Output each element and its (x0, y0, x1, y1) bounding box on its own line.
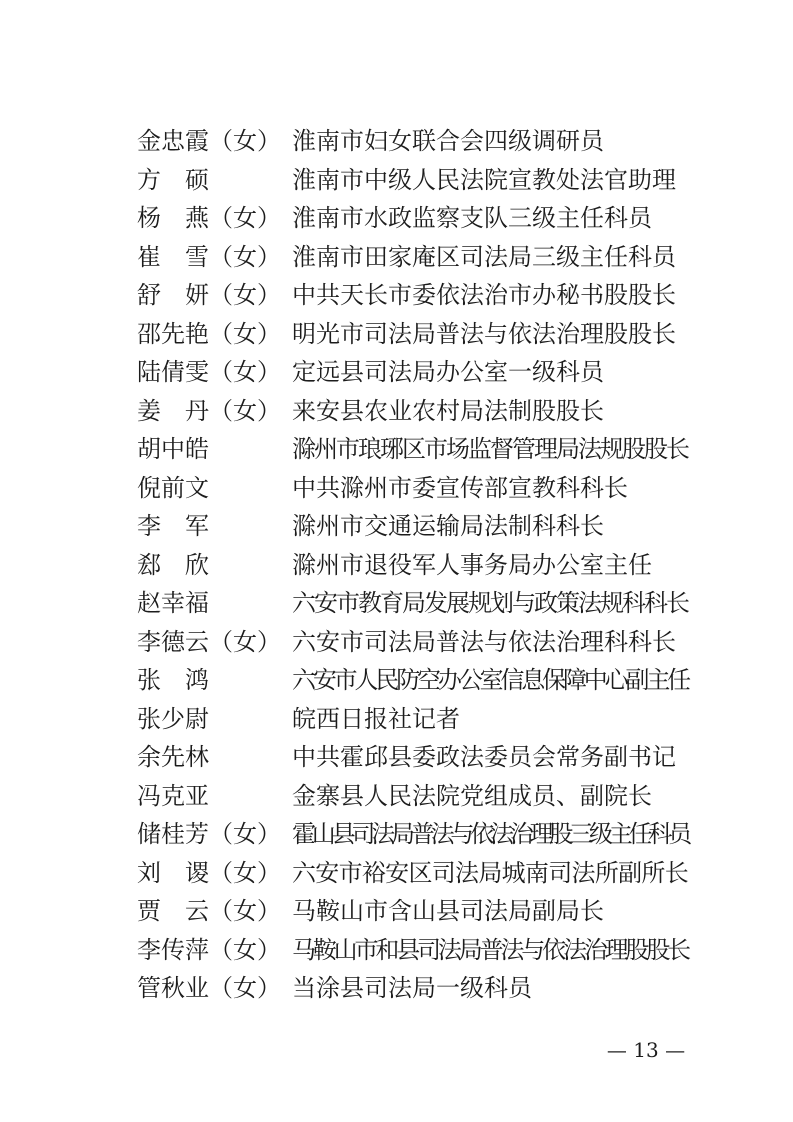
list-row: 刘 谡（女） 六安市裕安区司法局城南司法所副所长 (137, 854, 697, 893)
person-name: 崔 雪（女） (137, 245, 292, 269)
list-row: 杨 燕（女） 淮南市水政监察支队三级主任科员 (137, 199, 697, 238)
person-name: 金忠霞（女） (137, 129, 292, 153)
person-title: 六安市司法局普法与依法治理科科长 (292, 630, 676, 654)
person-name: 陆倩雯（女） (137, 360, 292, 384)
list-row: 金忠霞（女） 淮南市妇女联合会四级调研员 (137, 122, 697, 161)
person-title: 滁州市交通运输局法制科科长 (292, 514, 604, 538)
person-name: 刘 谡（女） (137, 861, 292, 885)
person-title: 定远县司法局办公室一级科员 (292, 360, 604, 384)
list-row: 管秋业（女） 当涂县司法局一级科员 (137, 969, 697, 1008)
list-row: 舒 妍（女） 中共天长市委依法治市办秘书股股长 (137, 276, 697, 315)
list-row: 李 军 滁州市交通运输局法制科科长 (137, 507, 697, 546)
list-row: 张少尉 皖西日报社记者 (137, 700, 697, 739)
person-title: 淮南市田家庵区司法局三级主任科员 (292, 245, 676, 269)
person-title: 六安市教育局发展规划与政策法规科科长 (292, 591, 688, 615)
person-name: 邵先艳（女） (137, 322, 292, 346)
person-name: 倪前文 (137, 476, 292, 500)
person-name: 姜 丹（女） (137, 399, 292, 423)
person-title: 淮南市中级人民法院宣教处法官助理 (292, 168, 676, 192)
list-row: 郄 欣 滁州市退役军人事务局办公室主任 (137, 546, 697, 585)
document-page: 金忠霞（女） 淮南市妇女联合会四级调研员 方 硕 淮南市中级人民法院宣教处法官助… (0, 0, 793, 1122)
person-title: 马鞍山市含山县司法局副局长 (292, 899, 604, 923)
person-title: 金寨县人民法院党组成员、副院长 (292, 784, 652, 808)
person-title: 来安县农业农村局法制股股长 (292, 399, 604, 423)
person-name: 张 鸿 (137, 668, 292, 692)
person-title: 马鞍山市和县司法局普法与依法治理股股长 (292, 938, 688, 962)
person-name: 张少尉 (137, 707, 292, 731)
person-name: 管秋业（女） (137, 976, 292, 1000)
page-number: — 13 — (600, 1038, 692, 1062)
list-row: 储桂芳（女） 霍山县司法局普法与依法治理股三级主任科员 (137, 815, 697, 854)
list-row: 邵先艳（女） 明光市司法局普法与依法治理股股长 (137, 315, 697, 354)
person-name: 冯克亚 (137, 784, 292, 808)
list-row: 陆倩雯（女） 定远县司法局办公室一级科员 (137, 353, 697, 392)
list-row: 余先林 中共霍邱县委政法委员会常务副书记 (137, 738, 697, 777)
person-title: 皖西日报社记者 (292, 707, 460, 731)
list-row: 张 鸿 六安市人民防空办公室信息保障中心副主任 (137, 661, 697, 700)
person-name: 储桂芳（女） (137, 822, 292, 846)
person-title: 中共霍邱县委政法委员会常务副书记 (292, 745, 676, 769)
list-row: 崔 雪（女） 淮南市田家庵区司法局三级主任科员 (137, 238, 697, 277)
list-row: 李传萍（女） 马鞍山市和县司法局普法与依法治理股股长 (137, 931, 697, 970)
person-title: 滁州市退役军人事务局办公室主任 (292, 553, 652, 577)
list-row: 胡中皓 滁州市琅琊区市场监督管理局法规股股长 (137, 430, 697, 469)
person-name: 郄 欣 (137, 553, 292, 577)
person-title: 六安市裕安区司法局城南司法所副所长 (292, 861, 688, 885)
person-name: 赵幸福 (137, 591, 292, 615)
person-name: 李传萍（女） (137, 938, 292, 962)
list-row: 冯克亚 金寨县人民法院党组成员、副院长 (137, 777, 697, 816)
person-name: 胡中皓 (137, 437, 292, 461)
person-title: 六安市人民防空办公室信息保障中心副主任 (292, 668, 688, 692)
list-row: 赵幸福 六安市教育局发展规划与政策法规科科长 (137, 584, 697, 623)
person-name: 杨 燕（女） (137, 206, 292, 230)
person-title: 霍山县司法局普法与依法治理股三级主任科员 (292, 822, 688, 846)
person-title: 中共滁州市委宣传部宣教科科长 (292, 476, 628, 500)
person-name: 方 硕 (137, 168, 292, 192)
person-title: 淮南市水政监察支队三级主任科员 (292, 206, 652, 230)
person-name: 李德云（女） (137, 630, 292, 654)
person-title: 明光市司法局普法与依法治理股股长 (292, 322, 676, 346)
commendation-list: 金忠霞（女） 淮南市妇女联合会四级调研员 方 硕 淮南市中级人民法院宣教处法官助… (137, 122, 697, 1008)
person-name: 余先林 (137, 745, 292, 769)
person-title: 中共天长市委依法治市办秘书股股长 (292, 283, 676, 307)
person-name: 贾 云（女） (137, 899, 292, 923)
list-row: 姜 丹（女） 来安县农业农村局法制股股长 (137, 392, 697, 431)
person-title: 淮南市妇女联合会四级调研员 (292, 129, 604, 153)
list-row: 贾 云（女） 马鞍山市含山县司法局副局长 (137, 892, 697, 931)
person-title: 滁州市琅琊区市场监督管理局法规股股长 (292, 437, 688, 461)
person-name: 李 军 (137, 514, 292, 538)
list-row: 倪前文 中共滁州市委宣传部宣教科科长 (137, 469, 697, 508)
list-row: 方 硕 淮南市中级人民法院宣教处法官助理 (137, 161, 697, 200)
person-name: 舒 妍（女） (137, 283, 292, 307)
list-row: 李德云（女） 六安市司法局普法与依法治理科科长 (137, 623, 697, 662)
person-title: 当涂县司法局一级科员 (292, 976, 532, 1000)
